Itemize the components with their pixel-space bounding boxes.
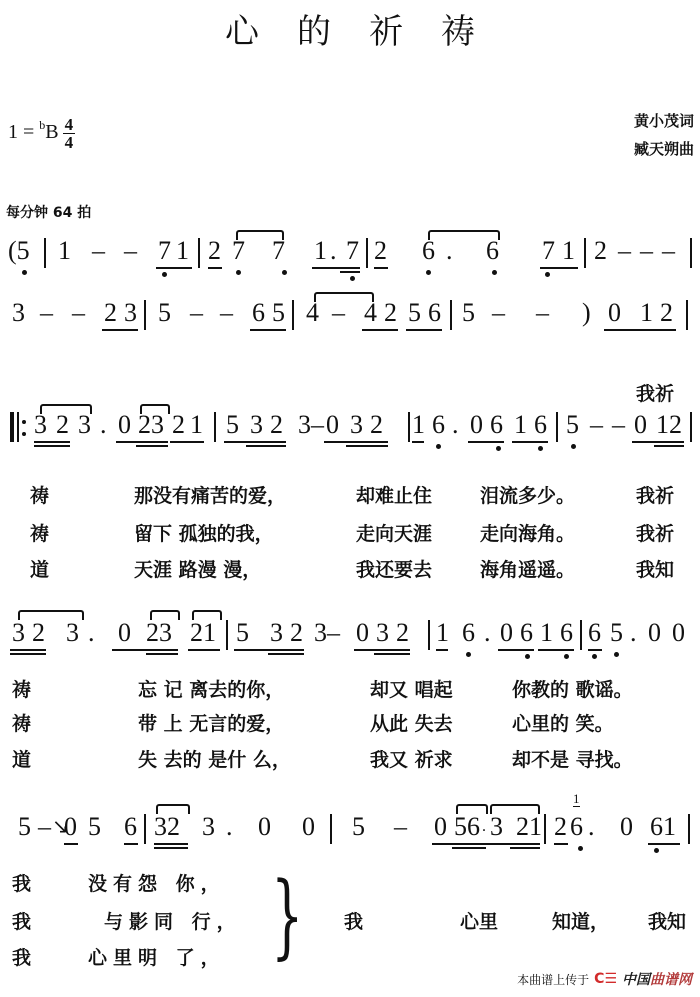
barline [408, 412, 410, 442]
dot-extension: . [588, 812, 595, 842]
lyric: 我 [12, 910, 31, 934]
underline [648, 843, 680, 845]
note: 2 [554, 812, 567, 842]
note: 0 [672, 618, 685, 648]
underline [432, 843, 488, 845]
low-octave-dot [282, 270, 287, 275]
score-system-5: 5 – ↘ 0 5 6 32 3 . 0 0 5 – 0 56 . 3 21 2… [0, 812, 700, 852]
note: 1 [412, 410, 425, 440]
dash: – [536, 298, 549, 328]
key-prefix: 1 = [8, 121, 39, 143]
low-octave-dot [350, 276, 355, 281]
barline [688, 814, 690, 844]
lyric: 却不是 寻找。 [512, 748, 633, 772]
lyric: 带 上 无言的爱， [138, 712, 284, 736]
barline [44, 238, 46, 268]
note: 1 [436, 618, 449, 648]
underline [224, 441, 286, 443]
low-octave-dot [592, 654, 597, 659]
low-octave-dot [654, 848, 659, 853]
note: 5 [610, 618, 623, 648]
barline [690, 412, 692, 442]
lyric: 祷 [30, 484, 49, 508]
underline [156, 267, 192, 269]
note: 6 [570, 812, 583, 842]
note: 32 [154, 812, 180, 842]
dash: – [394, 812, 407, 842]
underline [116, 441, 168, 443]
note: 6 [560, 618, 573, 648]
dash: – [92, 236, 105, 266]
site-watermark: 本曲谱上传于 C☰ 中国曲谱网 [517, 969, 692, 989]
note: 7 [272, 236, 285, 266]
barline [690, 238, 692, 268]
note: 4 [364, 298, 377, 328]
lyric: 心里 [460, 910, 498, 934]
underline [208, 267, 222, 269]
barline [686, 300, 688, 330]
note: 23 [146, 618, 172, 648]
underline [170, 441, 204, 443]
note: 2 [172, 410, 185, 440]
lyric: 心里明 了， [88, 946, 226, 970]
barline [214, 412, 216, 442]
underline [154, 843, 188, 845]
note: 6 [490, 410, 503, 440]
barline [330, 814, 332, 844]
dash: – [72, 298, 85, 328]
dot-extension: . [630, 618, 637, 648]
underline [10, 649, 46, 651]
lyric: 我 [12, 946, 31, 970]
underline [188, 649, 220, 651]
note: 5 [408, 298, 421, 328]
barline [292, 300, 294, 330]
note: 0 [648, 618, 661, 648]
note: 0 [634, 410, 647, 440]
low-octave-dot [162, 272, 167, 277]
lyric: 留下 孤独的我， [134, 522, 274, 546]
lyric: 忘 记 离去的你， [138, 678, 284, 702]
dash: – [590, 410, 603, 440]
underline [246, 445, 286, 447]
underline [436, 649, 448, 651]
note: 5 [236, 618, 249, 648]
lyric: 却又 唱起 [370, 678, 453, 702]
note: 1 [540, 618, 553, 648]
note: 3 [202, 812, 215, 842]
lyric: 道 [30, 558, 49, 582]
note: (5 [8, 236, 30, 266]
note: 1 [640, 298, 653, 328]
note: 23 [138, 410, 164, 440]
note: 5 [352, 812, 365, 842]
low-octave-dot [564, 654, 569, 659]
note: 3 [350, 410, 363, 440]
note: 6 [422, 236, 435, 266]
note: 3 [34, 410, 47, 440]
underline [538, 649, 574, 651]
low-octave-dot [525, 654, 530, 659]
note: 2 [660, 298, 673, 328]
low-octave-dot [236, 270, 241, 275]
lyric: 走向海角。 [480, 522, 575, 546]
underline [362, 329, 398, 331]
dash: – [612, 410, 625, 440]
barline [366, 238, 368, 268]
note: 6 [462, 618, 475, 648]
low-octave-dot [496, 446, 501, 451]
barline [450, 300, 452, 330]
note: 1 [562, 236, 575, 266]
song-title: 心的祈祷 [0, 4, 700, 53]
dash: – [124, 236, 137, 266]
note: 1 [190, 410, 203, 440]
note: 3 [270, 618, 283, 648]
note: 6 [252, 298, 265, 328]
watermark-prefix: 本曲谱上传于 [517, 971, 589, 988]
note: 6 [124, 812, 137, 842]
note: 0 [258, 812, 271, 842]
underline [374, 653, 410, 655]
barline [198, 238, 200, 268]
note: 3– [314, 618, 340, 648]
note: 2 [104, 298, 117, 328]
time-signature: 44 [63, 116, 76, 151]
score-system-1: (5 1 – – 7 1 2 7 7 1 . 7 2 6 . 6 7 1 2 –… [0, 236, 700, 276]
underline [488, 843, 540, 845]
underline [632, 441, 684, 443]
underline [588, 649, 602, 651]
note: 4 [306, 298, 319, 328]
note: 21 [516, 812, 542, 842]
note: 2 [270, 410, 283, 440]
lyric: 天涯 路漫 漫， [134, 558, 261, 582]
lyric: 与影同 行， [104, 910, 242, 934]
underline [10, 653, 46, 655]
note: 0 [356, 618, 369, 648]
dot-extension: . [330, 236, 337, 266]
dash: – [38, 812, 51, 842]
lyric-brace: } [271, 870, 303, 962]
note: 2 [594, 236, 607, 266]
pickup-lyric: 我祈 [636, 382, 674, 406]
note: 3– [298, 410, 324, 440]
underline [346, 445, 388, 447]
underline [312, 267, 360, 269]
underline [124, 843, 138, 845]
underline [374, 267, 388, 269]
paren-close: ) [582, 298, 591, 328]
note: 0 [608, 298, 621, 328]
dot-extension: . [88, 618, 95, 648]
dot-extension: . [226, 812, 233, 842]
dash: – [332, 298, 345, 328]
site-logo-icon: C☰ [594, 971, 617, 987]
note: 0 [620, 812, 633, 842]
barline [584, 238, 586, 268]
note: 2 [56, 410, 69, 440]
dash: – [640, 236, 653, 266]
dot-extension: . [100, 410, 107, 440]
underline [268, 653, 304, 655]
note: 0 [470, 410, 483, 440]
low-octave-dot [571, 444, 576, 449]
lyric: 从此 失去 [370, 712, 453, 736]
note: 1 [176, 236, 189, 266]
underline [34, 441, 70, 443]
note: 6 [486, 236, 499, 266]
note: 3 [78, 410, 91, 440]
low-octave-dot [436, 444, 441, 449]
underline [234, 649, 304, 651]
underline [540, 267, 578, 269]
note: 61 [650, 812, 676, 842]
underline [498, 649, 534, 651]
lyric: 祷 [30, 522, 49, 546]
note: 1 [314, 236, 327, 266]
lyric: 我知 [648, 910, 686, 934]
composer-credit: 臧天朔曲 [634, 138, 694, 159]
note: 2 [290, 618, 303, 648]
barline [580, 620, 582, 650]
note: 6 [588, 618, 601, 648]
underline [654, 445, 684, 447]
dash: – [662, 236, 675, 266]
repeat-dot [22, 432, 26, 436]
score-system-2: 3 – – 2 3 5 – – 6 5 4 – 4 2 5 6 5 – – ) … [0, 298, 700, 338]
note: 6 [432, 410, 445, 440]
note: 3 [124, 298, 137, 328]
site-name: 中国曲谱网 [622, 969, 692, 989]
note: 6 [428, 298, 441, 328]
dash: – [618, 236, 631, 266]
lyric: 我祈 [636, 484, 674, 508]
underline [510, 847, 540, 849]
lyric: 你教的 歌谣。 [512, 678, 633, 702]
lyric: 那没有痛苦的爱， [134, 484, 286, 508]
underline [412, 441, 424, 443]
underline [250, 329, 286, 331]
lyric: 泪流多少。 [480, 484, 575, 508]
note: 6 [534, 410, 547, 440]
lyric: 祷 [12, 678, 31, 702]
note: 2 [396, 618, 409, 648]
note: 2 [370, 410, 383, 440]
note: 3 [250, 410, 263, 440]
underline [468, 441, 504, 443]
barline [428, 620, 430, 650]
note: 5 [462, 298, 475, 328]
low-octave-dot [578, 846, 583, 851]
underline [406, 329, 442, 331]
note: 3 [12, 618, 25, 648]
lyric: 我还要去 [356, 558, 432, 582]
underline [112, 649, 178, 651]
low-octave-dot [545, 272, 550, 277]
note: 5 [18, 812, 31, 842]
lyric: 心里的 笑。 [512, 712, 614, 736]
barline [544, 814, 546, 844]
low-octave-dot [614, 652, 619, 657]
note: 0 [434, 812, 447, 842]
note: 2 [208, 236, 221, 266]
underline [136, 445, 168, 447]
note: 0 [118, 410, 131, 440]
dash: – [220, 298, 233, 328]
note: 21 [190, 618, 216, 648]
dot-extension: . [484, 618, 491, 648]
note: 2 [384, 298, 397, 328]
note: 3 [66, 618, 79, 648]
note: 2 [374, 236, 387, 266]
lyric: 我知 [636, 558, 674, 582]
lyric: 却难止住 [356, 484, 432, 508]
dash: – [190, 298, 203, 328]
barline [556, 412, 558, 442]
note: 7 [346, 236, 359, 266]
score-system-3: 3 2 3 . 0 23 2 1 5 3 2 3– 0 3 2 1 6 . 0 … [0, 410, 700, 450]
lyric: 没有怨 你， [88, 872, 226, 896]
underline [340, 271, 360, 273]
dot-extension: . [446, 236, 453, 266]
grace-note: 1 [573, 792, 580, 807]
low-octave-dot [466, 652, 471, 657]
lyric: 海角遥遥。 [480, 558, 575, 582]
lyric: 祷 [12, 712, 31, 736]
note: 7 [542, 236, 555, 266]
barline [144, 300, 146, 330]
note: 3 [490, 812, 503, 842]
note: 6 [520, 618, 533, 648]
underline [102, 329, 138, 331]
note: 7 [158, 236, 171, 266]
note: 5 [88, 812, 101, 842]
key-tonic: B [45, 121, 58, 143]
dash: – [40, 298, 53, 328]
lyric: 我祈 [636, 522, 674, 546]
tempo-marking: 每分钟 64 拍 [6, 202, 91, 222]
barline [226, 620, 228, 650]
note: 1 [514, 410, 527, 440]
underline [146, 653, 178, 655]
score-system-4: 3 2 3 . 0 23 21 5 3 2 3– 0 3 2 1 6 . 0 6… [0, 618, 700, 658]
note: 0 [302, 812, 315, 842]
underline [64, 843, 78, 845]
lyric: 知道， [552, 910, 609, 934]
low-octave-dot [426, 270, 431, 275]
underline [34, 445, 70, 447]
dash: – [492, 298, 505, 328]
note: 0 [326, 410, 339, 440]
low-octave-dot [22, 270, 27, 275]
underline [512, 441, 548, 443]
dot-extension: . [452, 410, 459, 440]
note: 0 [64, 812, 77, 842]
low-octave-dot [492, 270, 497, 275]
underline [324, 441, 388, 443]
lyricist-credit: 黄小茂词 [634, 110, 694, 131]
underline [452, 847, 486, 849]
note: 7 [232, 236, 245, 266]
repeat-dot [22, 420, 26, 424]
lyric: 道 [12, 748, 31, 772]
lyric: 失 去的 是什 么， [138, 748, 291, 772]
note: 5 [226, 410, 239, 440]
underline [554, 843, 568, 845]
lyric: 我又 祈求 [370, 748, 453, 772]
note: 0 [118, 618, 131, 648]
note: 5 [158, 298, 171, 328]
underline [154, 847, 188, 849]
note: 1 [58, 236, 71, 266]
note: 56 [454, 812, 480, 842]
note: 3 [376, 618, 389, 648]
note: 0 [500, 618, 513, 648]
lyric: 我 [12, 872, 31, 896]
underline [354, 649, 410, 651]
note: 2 [32, 618, 45, 648]
low-octave-dot [538, 446, 543, 451]
barline [144, 814, 146, 844]
note: 12 [656, 410, 682, 440]
dot-extension: . [482, 812, 486, 842]
note: 5 [272, 298, 285, 328]
underline [604, 329, 676, 331]
lyric: 走向天涯 [356, 522, 432, 546]
key-signature: 1 = bB44 [8, 116, 75, 151]
note: 5 [566, 410, 579, 440]
note: 3 [12, 298, 25, 328]
lyric: 我 [344, 910, 363, 934]
